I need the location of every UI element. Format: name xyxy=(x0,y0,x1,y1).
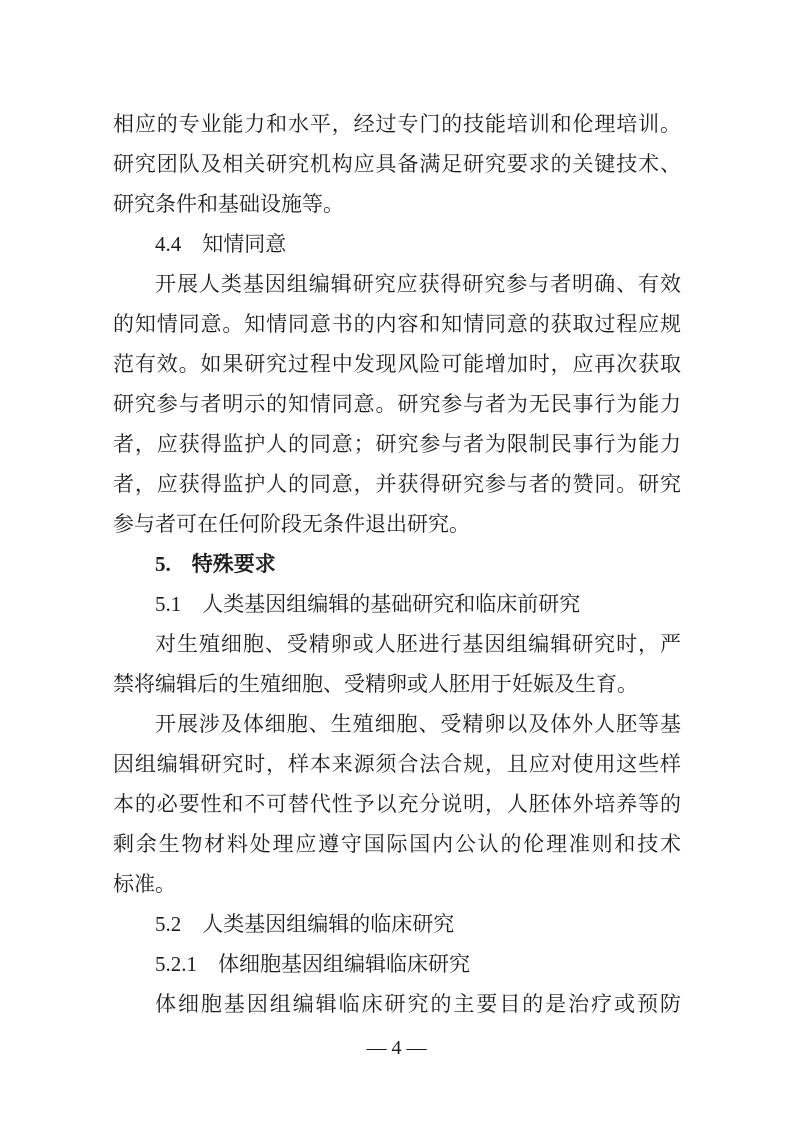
heading-line: 5.2.1 体细胞基因组编辑临床研究 xyxy=(113,944,681,984)
document-page: 相应的专业能力和水平，经过专门的技能培训和伦理培训。研究团队及相关研究机构应具备… xyxy=(0,0,793,1122)
heading-line: 5.1 人类基因组编辑的基础研究和临床前研究 xyxy=(113,584,681,624)
text-line: 开展人类基因组编辑研究应获得研究参与者明确、有效 xyxy=(113,264,681,304)
heading-line: 5. 特殊要求 xyxy=(113,544,681,584)
text-line: 禁将编辑后的生殖细胞、受精卵或人胚用于妊娠及生育。 xyxy=(113,664,681,704)
text-line: 标准。 xyxy=(113,864,681,904)
text-line: 者，应获得监护人的同意，并获得研究参与者的赞同。研究 xyxy=(113,464,681,504)
text-line: 研究团队及相关研究机构应具备满足研究要求的关键技术、 xyxy=(113,144,681,184)
heading-line: 4.4 知情同意 xyxy=(113,224,681,264)
text-line: 研究参与者明示的知情同意。研究参与者为无民事行为能力 xyxy=(113,384,681,424)
text-line: 开展涉及体细胞、生殖细胞、受精卵以及体外人胚等基 xyxy=(113,704,681,744)
text-line: 范有效。如果研究过程中发现风险可能增加时，应再次获取 xyxy=(113,344,681,384)
text-line: 本的必要性和不可替代性予以充分说明，人胚体外培养等的 xyxy=(113,784,681,824)
text-line: 因组编辑研究时，样本来源须合法合规，且应对使用这些样 xyxy=(113,744,681,784)
text-line: 剩余生物材料处理应遵守国际国内公认的伦理准则和技术 xyxy=(113,824,681,864)
page-footer: — 4 — xyxy=(0,1032,793,1064)
heading-line: 5.2 人类基因组编辑的临床研究 xyxy=(113,904,681,944)
text-line: 研究条件和基础设施等。 xyxy=(113,184,681,224)
page-number: — 4 — xyxy=(367,1037,427,1059)
text-line: 的知情同意。知情同意书的内容和知情同意的获取过程应规 xyxy=(113,304,681,344)
document-body: 相应的专业能力和水平，经过专门的技能培训和伦理培训。研究团队及相关研究机构应具备… xyxy=(113,104,681,1024)
text-line: 对生殖细胞、受精卵或人胚进行基因组编辑研究时，严 xyxy=(113,624,681,664)
text-line: 体细胞基因组编辑临床研究的主要目的是治疗或预防 xyxy=(113,984,681,1024)
text-line: 者，应获得监护人的同意；研究参与者为限制民事行为能力 xyxy=(113,424,681,464)
text-line: 参与者可在任何阶段无条件退出研究。 xyxy=(113,504,681,544)
text-line: 相应的专业能力和水平，经过专门的技能培训和伦理培训。 xyxy=(113,104,681,144)
